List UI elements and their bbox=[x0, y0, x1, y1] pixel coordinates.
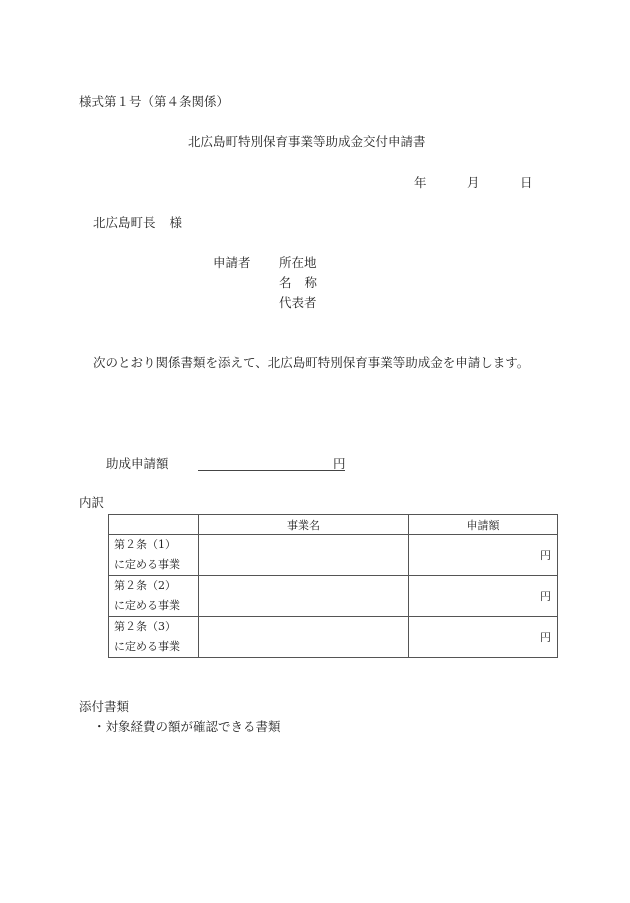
applicant-label: 申請者 bbox=[213, 257, 251, 270]
addressee-honorific: 様 bbox=[170, 215, 183, 230]
table-row: 第２条（1） に定める事業 円 bbox=[109, 535, 558, 576]
breakdown-label: 内訳 bbox=[79, 497, 104, 510]
amount-unit: 円 bbox=[333, 458, 346, 471]
date-month-label: 月 bbox=[467, 177, 480, 190]
amount-cell[interactable]: 円 bbox=[409, 617, 558, 658]
amount-cell[interactable]: 円 bbox=[409, 576, 558, 617]
header-amount: 申請額 bbox=[409, 515, 558, 535]
table-row: 第２条（3） に定める事業 円 bbox=[109, 617, 558, 658]
project-name-cell[interactable] bbox=[199, 576, 409, 617]
article-cell: 第２条（1） に定める事業 bbox=[109, 535, 199, 576]
name-label-part2: 称 bbox=[305, 275, 318, 290]
applicant-representative-label: 代表者 bbox=[279, 297, 317, 310]
table-row: 第２条（2） に定める事業 円 bbox=[109, 576, 558, 617]
addressee: 北広島町長様 bbox=[93, 217, 182, 230]
article-line2: に定める事業 bbox=[114, 637, 198, 657]
article-line1: 第２条（2） bbox=[114, 576, 198, 596]
header-article bbox=[109, 515, 199, 535]
breakdown-table: 事業名 申請額 第２条（1） に定める事業 円 第２条（2） に定める事業 円 … bbox=[108, 514, 558, 658]
applicant-address-label: 所在地 bbox=[279, 257, 317, 270]
amount-label: 助成申請額 bbox=[106, 458, 169, 471]
form-number: 様式第１号（第４条関係） bbox=[79, 96, 229, 109]
header-project-name: 事業名 bbox=[199, 515, 409, 535]
applicant-name-label: 名称 bbox=[279, 277, 317, 290]
table-header-row: 事業名 申請額 bbox=[109, 515, 558, 535]
article-cell: 第２条（3） に定める事業 bbox=[109, 617, 199, 658]
article-line1: 第２条（3） bbox=[114, 617, 198, 637]
article-line1: 第２条（1） bbox=[114, 535, 198, 555]
article-line2: に定める事業 bbox=[114, 596, 198, 616]
addressee-name: 北広島町長 bbox=[93, 215, 156, 230]
project-name-cell[interactable] bbox=[199, 617, 409, 658]
article-line2: に定める事業 bbox=[114, 555, 198, 575]
project-name-cell[interactable] bbox=[199, 535, 409, 576]
application-statement: 次のとおり関係書類を添えて、北広島町特別保育事業等助成金を申請します。 bbox=[93, 357, 529, 370]
amount-cell[interactable]: 円 bbox=[409, 535, 558, 576]
amount-input-line[interactable] bbox=[198, 457, 345, 471]
date-day-label: 日 bbox=[520, 177, 533, 190]
article-cell: 第２条（2） に定める事業 bbox=[109, 576, 199, 617]
attachment-item: ・対象経費の額が確認できる書類 bbox=[93, 721, 281, 734]
attachments-label: 添付書類 bbox=[79, 701, 129, 714]
date-year-label: 年 bbox=[414, 177, 427, 190]
name-label-part1: 名 bbox=[279, 275, 292, 290]
document-title: 北広島町特別保育事業等助成金交付申請書 bbox=[188, 136, 426, 149]
